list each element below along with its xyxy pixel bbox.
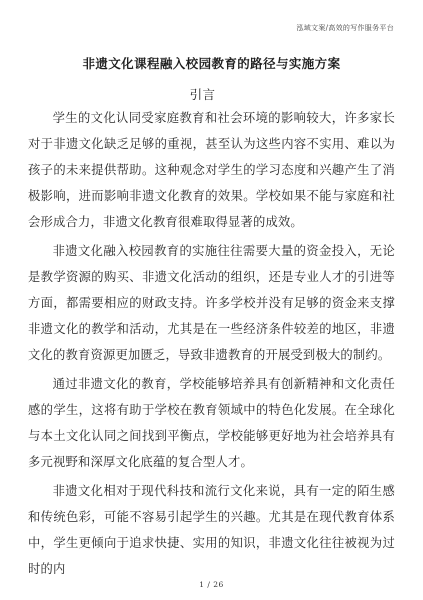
section-heading-intro: 引言	[19, 86, 386, 103]
header-watermark: 泓域文案/高效的写作服务平台	[296, 24, 394, 33]
document-body: 学生的文化认同受家庭教育和社会环境的影响较大，许多家长对于非遗文化缺乏足够的重视…	[28, 105, 395, 582]
page-number: 1 / 26	[0, 580, 423, 589]
document-page: 泓域文案/高效的写作服务平台 非遗文化课程融入校园教育的路径与实施方案 引言 学…	[0, 0, 423, 600]
paragraph-4: 非遗文化相对于现代科技和流行文化来说，具有一定的陌生感和传统色彩，可能不容易引起…	[28, 478, 395, 582]
paragraph-2: 非遗文化融入校园教育的实施往往需要大量的资金投入，无论是教学资源的购买、非遗文化…	[28, 238, 395, 368]
paragraph-3: 通过非遗文化的教育，学校能够培养具有创新精神和文化责任感的学生，这将有助于学校在…	[28, 371, 395, 475]
document-title: 非遗文化课程融入校园教育的路径与实施方案	[28, 55, 395, 72]
paragraph-1: 学生的文化认同受家庭教育和社会环境的影响较大，许多家长对于非遗文化缺乏足够的重视…	[28, 105, 395, 235]
